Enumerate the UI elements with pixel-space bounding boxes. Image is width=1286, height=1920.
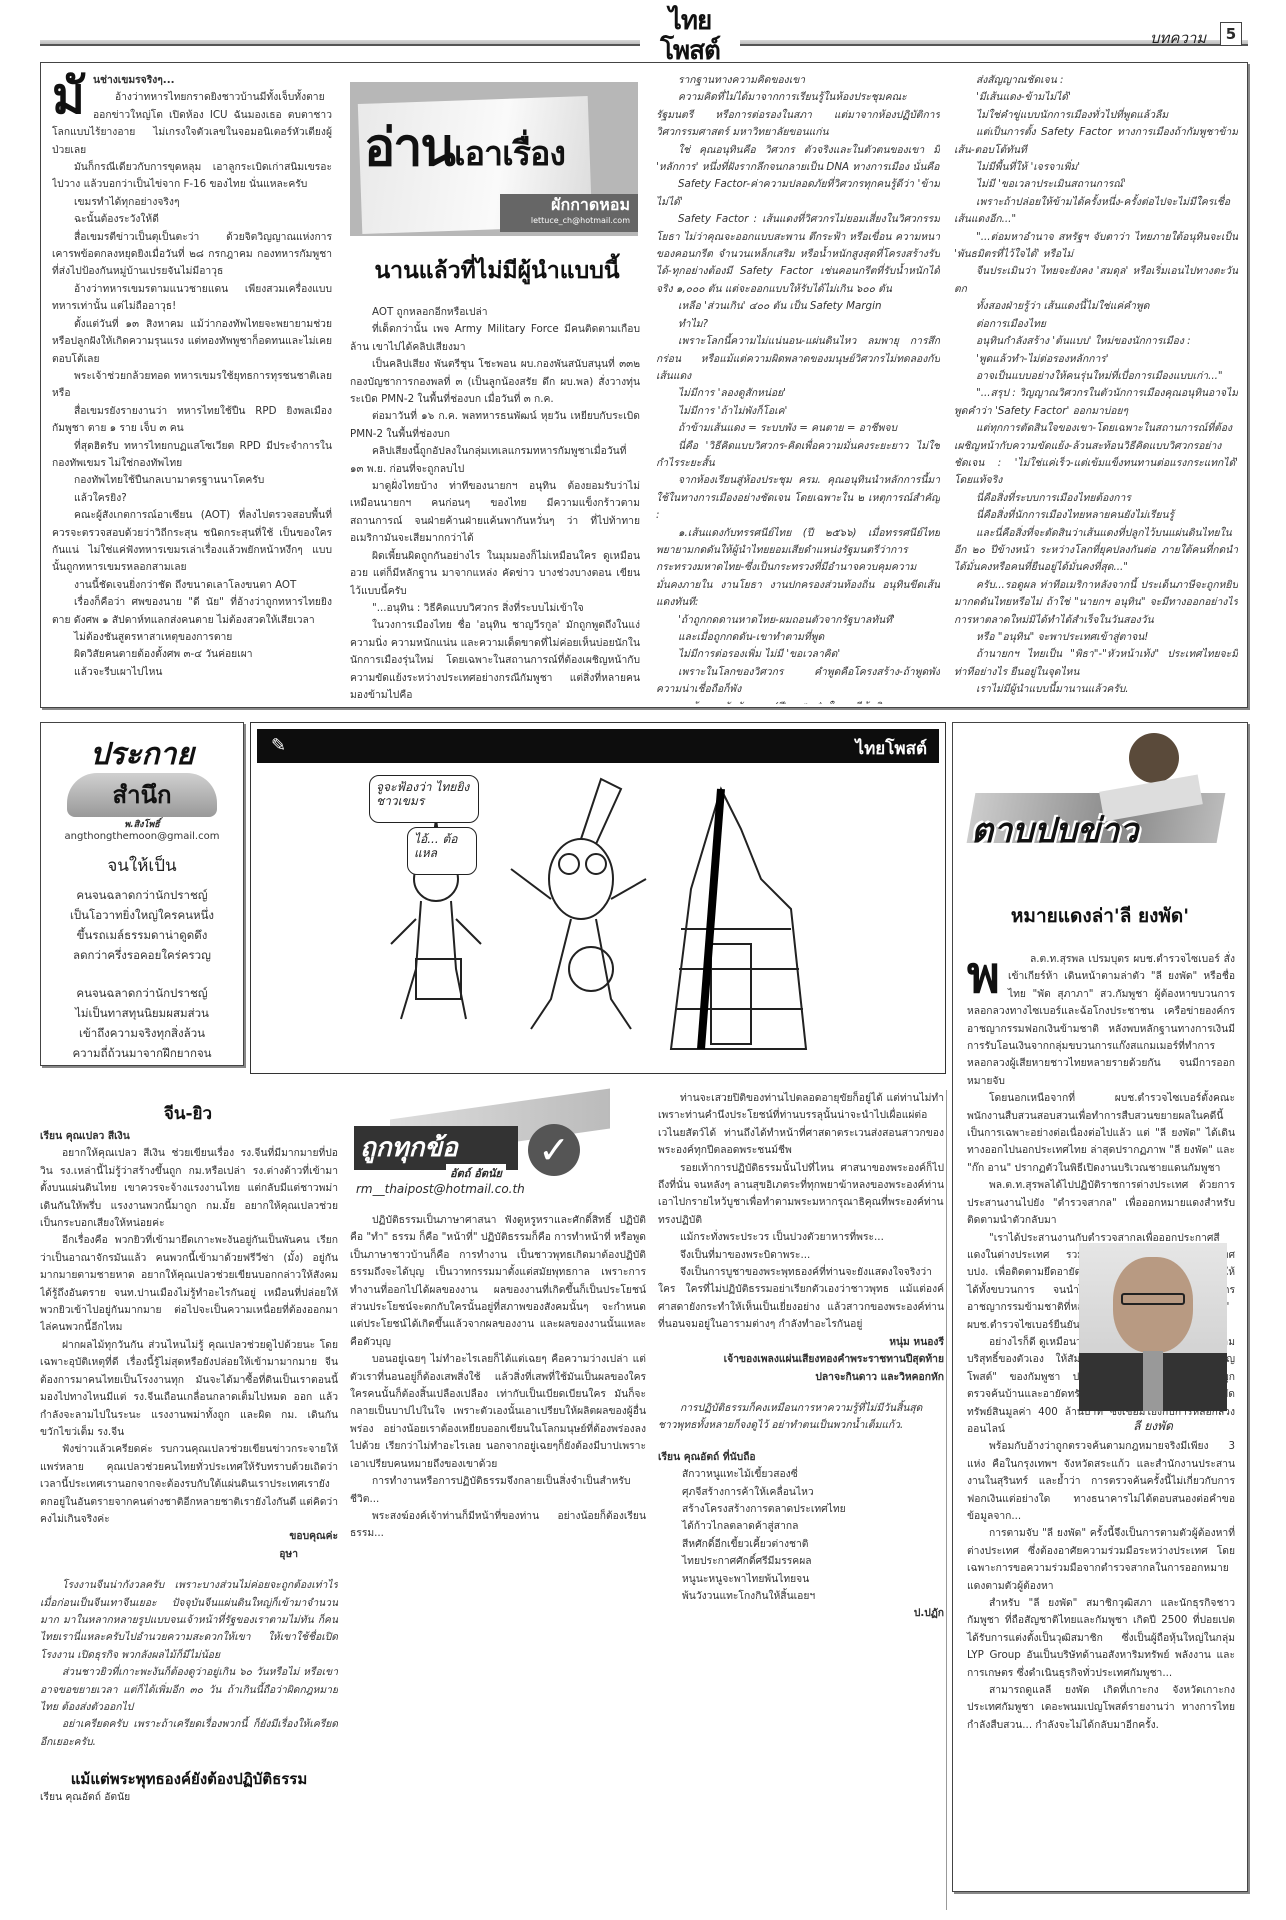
paragraph: ทำไม? (656, 316, 940, 333)
paragraph: ๒.เส้นแดงกับกัมพูชา (ปี ๒๕๖๘) ในกรณีข้อพ… (656, 699, 940, 704)
author-box: ผักกาดหอม lettuce_ch@hotmail.com (500, 194, 638, 232)
cartoon-brand: ไทยโพสต์ (856, 735, 927, 762)
poem-line: ศุภจีสร้างการค้าให้เคลื่อนไหว (682, 1484, 944, 1501)
paragraph: ถ้าข้ามเส้นแดง = ระบบพัง = คนตาย = อาชีพ… (656, 420, 940, 437)
article-column-2: AOT ถูกหลอกอีกหรือเปล่าที่เด็ดกว่านั้น เ… (350, 304, 640, 704)
logo-text: ไทยโพสต์ (640, 6, 740, 66)
poem-line: เข้าถึงความจริงทุกสิ่งล้วน (41, 1023, 243, 1043)
portrait-tie (1143, 1351, 1163, 1411)
paragraph: ในวงการเมืองไทย ชื่อ 'อนุทิน ชาญวีรกูล' … (350, 617, 640, 704)
letter-1-signer: อุษา (40, 1546, 338, 1563)
paragraph: พร้อมกับอ้างว่าถูกตรวจค้นตามกฎหมายจริงมี… (967, 1438, 1235, 1525)
column-logo-text: ตาบปบข่าว (971, 803, 1138, 857)
poem-signer: ป.ปฏัก (658, 1605, 944, 1622)
poem-logo: ประกาย สำนึก พ.สิงโพธิ์ angthongthemoon@… (41, 737, 243, 842)
tuk-column-logo: ถูกทุกข้อ ✓ อัตถ์ อัตนัย rm__thaipost@ho… (350, 1104, 650, 1198)
author-email[interactable]: lettuce_ch@hotmail.com (500, 216, 630, 226)
paragraph: โรงงานจีนน่ากังวลครับ เพราะบางส่วนไม่ค่อ… (40, 1577, 338, 1664)
paragraph: บอนอยู่เฉยๆ ไม่ทำอะไรเลยก็ได้แต่เฉยๆ คือ… (350, 1351, 646, 1473)
poem-line: ขึ้นรถเมล์ธรรมดาน่าดูดดึง (41, 925, 243, 945)
paragraph: ไม่มีการ 'ลองดูสักหน่อย' (656, 385, 940, 402)
banner-title: อ่านเอาเรื่อง (364, 120, 565, 182)
drop-cap: พ (967, 951, 1000, 999)
poem-line: คนจนฉลาดกว่านักปราชญ์ (41, 983, 243, 1003)
poem-line: ความถี่ถ้วนมาจากฝึกยากจน (41, 1043, 243, 1063)
paragraph: 'ถ้าถูกกดดานหาดไทย-ผมถอนตัวจากรัฐบาลทันท… (656, 612, 940, 629)
letters-column: เรียน คุณเปลว สีเงิน อยากให้คุณเปลว สีเง… (40, 1128, 338, 1920)
reader-figure (1129, 733, 1179, 783)
poem-email[interactable]: angthongthemoon@gmail.com (41, 831, 243, 842)
paragraph: ท่านจะเสวยปิติของท่านไปตลอดอายุขัยก็อยู่… (658, 1090, 944, 1160)
poem-line: เป็นโอวาทยิ่งใหญ่ใครคนหนึ่ง (41, 905, 243, 925)
author-name: ผักกาดหอม (500, 194, 630, 216)
poem-logo-script: ประกาย (41, 737, 243, 773)
paragraph: "...ต่อมหาอำนาจ สหรัฐฯ จับตาว่า ไทยภายใต… (954, 229, 1238, 264)
paragraph: AOT ถูกหลอกอีกหรือเปล่า (350, 304, 640, 321)
paragraph: เพราะโลกนี้ความไม่แน่นอน-แผ่นดินไหว ลมพา… (656, 333, 940, 385)
paragraph: จากห้องเรียนสู่ห้องประชุม ครม. คุณอนุทิน… (656, 472, 940, 524)
paragraph: ล.ต.ท.สุรพล เปรมบุตร ผบช.ตำรวจไซเบอร์ สั… (967, 951, 1235, 1090)
paragraph: ความคิดที่ไม่ได้มาจากการเรียนรู้ในห้องปร… (656, 89, 940, 141)
paragraph: จึงเป็นการบูชาของพระพุทธองค์ที่ท่านจะยัง… (658, 1264, 944, 1334)
portrait-photo (1079, 1243, 1227, 1411)
paragraph: ต่อมาวันที่ ๑๖ ก.ค. พลทหารธนพัฒน์ หุยวัน… (350, 408, 640, 443)
paragraph: แล้วจะรีบเผาไปไหน (52, 664, 332, 681)
poem-line: ลดกว่าครึ่งรอคอยใคร่ครวญ (41, 945, 243, 965)
paragraph: ไม่มีการ 'ถ้าไม่พังก็โอเค' (656, 403, 940, 420)
paragraph: มันก็กรณีเดียวกับการขุดหลุม เอาลูกระเบิด… (52, 159, 332, 194)
signer-title: เจ้าของเพลงแผ่นเสียงทองคำพระราชทานปีสุดท… (658, 1351, 944, 1368)
paragraph: ถ้านายกฯ ไทยเป็น "พิธา"-"หัวหน้าเท้ง" ปร… (954, 646, 1238, 681)
poem-line: ไม่เป็นทาสทุนนิยมผสมส่วน (41, 1003, 243, 1023)
paragraph: โดยนอกเหนือจากที่ ผบช.ตำรวจไซเบอร์ตั้งคณ… (967, 1090, 1235, 1177)
paragraph: ครับ...รอดูผล ท่าทีอเมริกาหลังจากนี้ ประ… (954, 577, 1238, 629)
editor-reply: การปฏิบัติธรรมก็คงเหมือนการหาความรู้ที่ไ… (658, 1400, 944, 1435)
tuk-column-body: ปฏิบัติธรรมเป็นภาษาศาสนา ฟังดูหรูหราและศ… (350, 1212, 646, 1918)
letter-1-body: อยากให้คุณเปลว สีเงิน ช่วยเขียนเรื่อง รง… (40, 1145, 338, 1528)
column-headline: หมายแดงล่า'ลี ยงพัด' (953, 903, 1247, 929)
paragraph: อีกเรื่องคือ พวกยิวที่เข้ามายึดเกาะพะงัน… (40, 1232, 338, 1336)
article-column-1: มั นช่างเขมรจริงๆ... อ้างว่าทหารไทยกราดย… (52, 72, 332, 702)
poem-line: หนูนะหนูจะพาไทยพ้นไทยจน (682, 1571, 944, 1588)
drop-cap: มั (52, 72, 85, 120)
poem-line: ไทยประกาศศักดิ์ศรีมีมรรคผล (682, 1553, 944, 1570)
paragraph: นี่คือ 'วิธีคิดแบบวิศวกร-คิดเพื่อความมั่… (656, 438, 940, 473)
paragraph: ปฏิบัติธรรมเป็นภาษาศาสนา ฟังดูหรูหราและศ… (350, 1212, 646, 1351)
poem-line: สีหศักดิ์อีกเขี้ยวเคี้ยวต่างชาติ (682, 1536, 944, 1553)
paragraph: อ้างว่าทหารเขมรตามแนวชายแดน เพียงสวมเครื… (52, 281, 332, 316)
column-banner: อ่านเอาเรื่อง ผักกาดหอม lettuce_ch@hotma… (350, 82, 638, 236)
poem-byline: พ.สิงโพธิ์ (41, 817, 243, 831)
paragraph: ทั้งสองฝ่ายรู้ว่า เส้นแดงนี้ไม่ใช่แค่คำพ… (954, 298, 1238, 315)
paragraph: ตั้งแต่วันที่ ๑๓ สิงหาคม แม้ว่ากองทัพไทย… (52, 316, 332, 368)
paragraph: อย่าเครียดครับ เพราะถ้าเครียดเรื่องพวกนี… (40, 1716, 338, 1751)
paragraph: มาดูฝั่งไทยบ้าง ท่าทีของนายกฯ อนุทิน ต้อ… (350, 478, 640, 548)
paragraph: งานนี้ชัดเจนยิ่งกว่าชัด ถึงขนาดเลาโลงขนต… (52, 577, 332, 594)
paragraph: การทำงานหรือการปฏิบัติธรรมจึงกลายเป็นสิ่… (350, 1473, 646, 1508)
letter-1-signoff: ขอบคุณค่ะ (40, 1528, 338, 1545)
paragraph: ไม่ต้องชันสูตรหาสาเหตุของการตาย (52, 629, 332, 646)
paragraph: แต่เป็นการตั้ง Safety Factor ทางการเมือง… (954, 124, 1238, 159)
column-1-paragraphs: อ้างว่าทหารไทยกราดยิงชาวบ้านมีทั้งเจ็บทั… (52, 89, 332, 681)
paragraph: ใช่ คุณอนุทินคือ วิศวกร ตัวจริงและในตัวต… (656, 142, 940, 177)
paragraph: ฉะนั้นต้องระวังให้ดี (52, 211, 332, 228)
tuk-email[interactable]: rm__thaipost@hotmail.co.th (356, 1182, 525, 1196)
paragraph: เพราะถ้าปล่อยให้ข้ามได้ครั้งหนึ่ง-ครั้งต… (954, 194, 1238, 229)
paragraph: แม้กระทั่งพระประวร เป็นปวงตัวยาหารที่พระ… (658, 1229, 944, 1246)
paragraph: Safety Factor : เส้นแดงที่วิศวกรไม่ยอมเส… (656, 211, 940, 298)
paragraph: ส่งสัญญาณชัดเจน : (954, 72, 1238, 89)
paragraph: ไม่มีพื้นที่ให้ 'เจรจาเพิ่ม' (954, 159, 1238, 176)
paragraph: ๑.เส้นแดงกับทรรศนีย์ไทย (ปี ๒๕๖๖) เมื่อท… (656, 525, 940, 612)
paragraph: ไม่ใช่คำขู่แบบนักการเมืองทั่วไปที่พูดแล้… (954, 107, 1238, 124)
paragraph: "...อนุทิน : วิธีคิดแบบวิศวกร สิ่งที่ระบ… (350, 600, 640, 617)
paragraph: คลิปเสียงนี้ถูกอัปลงในกลุ่มเทเลแกรมทหารก… (350, 443, 640, 478)
poem-salutation: เรียน คุณอัตถ์ ที่นับถือ (658, 1449, 944, 1466)
paragraph: และนี่คือสิ่งที่จะตัดสินว่าเส้นแดงที่ปลู… (954, 525, 1238, 577)
continued-paragraphs: ท่านจะเสวยปิติของท่านไปตลอดอายุขัยก็อยู่… (658, 1090, 944, 1334)
paragraph: ผิดเพี้ยนผิดถูกกันอย่างไร ในมุมมองก็ไม่เ… (350, 548, 640, 600)
paragraph: กองทัพไทยใช้ปืนกลเบามาตรฐานนาโตครับ (52, 472, 332, 489)
photo-caption: ลี ยงพัด (1079, 1417, 1227, 1436)
paragraph: พระสงฆ์องค์เจ้าท่านก็มีหน้าที่ของท่าน อย… (350, 1508, 646, 1543)
letter-1-reply: โรงงานจีนน่ากังวลครับ เพราะบางส่วนไม่ค่อ… (40, 1577, 338, 1751)
thought-bubble-2: ไอ้... ต้อแหล (407, 827, 477, 875)
lead-text: นช่างเขมรจริงๆ... (52, 72, 332, 89)
poem-line: ได้ก้าวไกลตลาดค้าสู่สากล (682, 1518, 944, 1535)
paragraph: พระเจ้าช่วยกล้วยทอด ทหารเขมรใช้ยุทธการทุ… (52, 368, 332, 403)
paragraph: ไม่มีการต่อรองเพิ่ม ไม่มี 'ขอเวลาคิด' (656, 646, 940, 663)
portrait-face (1113, 1257, 1193, 1353)
letter-2-title: แม้แต่พระพุทธองค์ยังต้องปฏิบัติธรรม (40, 1771, 338, 1788)
paragraph: ที่สุดฮิตรับ ทหารไทยกบฏแสโซเวียต RPD มีป… (52, 438, 332, 473)
scroll-graphic: สำนึก (67, 773, 217, 817)
paragraph: แล้วใครยิง? (52, 490, 332, 507)
paragraph: ผิดวิสัยคนตายต้องตั้งศพ ๓-๔ วันค่อยเผา (52, 646, 332, 663)
paragraph: จึงเป็นที่มาของพระบิดาพระ... (658, 1247, 944, 1264)
page-number: 5 (1220, 22, 1242, 46)
poem-title: จนให้เป็น (41, 852, 243, 879)
poem-box: ประกาย สำนึก พ.สิงโพธิ์ angthongthemoon@… (40, 722, 244, 1066)
poem-line: สักวาหนูแทะไม้เขี้ยวสองซี่ (682, 1466, 944, 1483)
article-headline: นานแล้วที่ไม่มีผู้นำแบบนี้ (352, 256, 642, 286)
paragraph: เพราะในโลกของวิศวกร คำพูดคือโครงสร้าง-ถ้… (656, 664, 940, 699)
reader-poem: สักวาหนูแทะไม้เขี้ยวสองซี่ศุภจีสร้างการค… (658, 1466, 944, 1605)
portrait-glasses (1121, 1293, 1185, 1305)
paragraph: Safety Factor-ค่าความปลอดภัยที่วิศวกรทุก… (656, 176, 940, 211)
poem-line: คนจนฉลาดกว่านักปราชญ์ (41, 885, 243, 905)
section-label: บทความ (1150, 26, 1206, 50)
paragraph: นี่คือสิ่งที่นักการเมืองไทยหลายคนยังไม่เ… (954, 507, 1238, 524)
letter-1-title: จีน-ยิว (40, 1100, 336, 1127)
paragraph: นี่คือสิ่งที่ระบบการเมืองไทยต้องการ (954, 490, 1238, 507)
paragraph: ต่อการเมืองไทย (954, 316, 1238, 333)
signer-name: หนุ่ม หนองรี (658, 1334, 944, 1351)
newspaper-logo: ไทยโพสต์ อิสรภาพแห่งความคิด (640, 6, 740, 50)
article-column-3: รากฐานทางความคิดของเขาความคิดที่ไม่ได้มา… (656, 72, 940, 704)
poem-logo-word: สำนึก (67, 773, 217, 817)
paragraph: ฟังข่าวแล้วเครียดค่ะ รบกวนคุณเปลวช่วยเขี… (40, 1441, 338, 1528)
tuk-byline: อัตถ์ อัตนัย (446, 1164, 506, 1182)
paragraph: สามารถดูแลลี ยงพัด เกิดที่เกาะกง จังหวัด… (967, 1682, 1235, 1734)
paragraph: เขมรทำได้ทุกอย่างจริงๆ (52, 194, 332, 211)
paragraph: เป็นคลิปเสียง พันตรีชุน โชะพอน ผบ.กองพัน… (350, 356, 640, 408)
paragraph: อนุทินกำลังสร้าง 'ต้นแบบ' ใหม่ของนักการเ… (954, 333, 1238, 350)
tuk-column-continued: ท่านจะเสวยปิติของท่านไปตลอดอายุขัยก็อยู่… (658, 1090, 944, 1920)
cartoon-mascot-icon: ✎ (271, 735, 286, 756)
signer-works: ปลาจะกินดาว และวิหคอกหัก (658, 1369, 944, 1386)
poem-line: พ้นวังวนแทะโกงกินให้สิ้นเอยฯ (682, 1588, 944, 1605)
paragraph: จีนประเมินว่า ไทยจะยังคง 'สมดุล' หรือเริ… (954, 263, 1238, 298)
paragraph: สำหรับ "ลี ยงพัด" สมาชิกวุฒิสภา และนักธุ… (967, 1595, 1235, 1682)
paragraph: เรื่องก็คือว่า ศพของนาย "ดี นัย" ที่อ้าง… (52, 594, 332, 629)
paragraph: การตามจับ "ลี ยงพัด" ครั้งนี้จึงเป็นการต… (967, 1525, 1235, 1595)
news-column-box: ตาบปบข่าว หมายแดงล่า'ลี ยงพัด' พ ล.ต.ท.ส… (952, 722, 1248, 1892)
column-divider (946, 1090, 947, 1910)
paragraph: 'มีเส้นแดง-ข้ามไม่ได้' (954, 89, 1238, 106)
paragraph: อยากให้คุณเปลว สีเงิน ช่วยเขียนเรื่อง รง… (40, 1145, 338, 1232)
checkmark-icon: ✓ (528, 1124, 580, 1176)
paragraph: 'พูดแล้วทำ-ไม่ต่อรองหลักการ' (954, 351, 1238, 368)
poem-line: สร้างโครงสร้างการตลาดประเทศไทย (682, 1501, 944, 1518)
speech-bubble-1: จูจะฟ้องว่า ไทยยิงชาวเขมร (369, 775, 479, 823)
paragraph: "...สรุป : วิญญาณวิศวกรในตัวนักการเมืองค… (954, 385, 1238, 420)
paragraph: พล.ต.ท.สุรพลได้ไปปฏิบัติราชการต่างประเทศ… (967, 1177, 1235, 1229)
paragraph: ที่เด็ดกว่านั้น เพจ Army Military Force … (350, 321, 640, 356)
paragraph: เหลือ 'ส่วนเกิน' ๔๐๐ ตัน เป็น Safety Mar… (656, 298, 940, 315)
paragraph: สื่อเขมรยังรายงานว่า ทหารไทยใช้ปืน RPD ย… (52, 403, 332, 438)
article-column-4: ส่งสัญญาณชัดเจน :'มีเส้นแดง-ข้ามไม่ได้'ไ… (954, 72, 1238, 704)
paragraph: ไม่มี 'ขอเวลาประเมินสถานการณ์' (954, 176, 1238, 193)
letter-1-salutation: เรียน คุณเปลว สีเงิน (40, 1128, 338, 1145)
editorial-cartoon: ✎ ไทยโพสต์ จูจะฟ้องว่า ไทยยิงชาวเขมร ไอ้… (250, 722, 946, 1074)
cartoon-illustration (251, 769, 947, 1069)
paragraph: สื่อเขมรตีข่าวเป็นตุเป็นตะว่า ด้วยจิตวิญ… (52, 229, 332, 281)
paragraph: แต่ทุกการตัดสินใจของเขา-โดยเฉพาะในสถานกา… (954, 420, 1238, 490)
paragraph: หรือ "อนุทิน" จะพาประเทศเข้าสู่ตาจน! (954, 629, 1238, 646)
paragraph: รากฐานทางความคิดของเขา (656, 72, 940, 89)
poem-stanza-2: คนจนฉลาดกว่านักปราชญ์ไม่เป็นทาสทุนนิยมผส… (41, 983, 243, 1063)
paragraph: อาจเป็นแบบอย่างให้คนรุ่นใหม่ที่เบื่อการเ… (954, 368, 1238, 385)
letter-2-salutation: เรียน คุณอัตถ์ อัตนัย (40, 1789, 338, 1806)
paragraph: เราไม่มีผู้นำแบบนี้มานานแล้วครับ. (954, 681, 1238, 698)
paragraph: อ้างว่าทหารไทยกราดยิงชาวบ้านมีทั้งเจ็บทั… (52, 89, 332, 159)
cartoon-header-bar: ✎ ไทยโพสต์ (257, 729, 939, 763)
paragraph: รอยเท้าการปฏิบัติธรรมนั้นไปที่ไหน ศาสนาข… (658, 1160, 944, 1230)
paragraph: และเมื่อถูกกดดัน-เขาทำตามที่พูด (656, 629, 940, 646)
paragraph: ฝากผลไม้ทุกวันกัน ส่วนไหนไม่รู้ คุณเปลวช… (40, 1337, 338, 1441)
poem-stanza-1: คนจนฉลาดกว่านักปราชญ์เป็นโอวาทยิ่งใหญ่ใค… (41, 885, 243, 965)
paragraph: คณะผู้สังเกตการณ์อาเซียน (AOT) ที่ลงไปตร… (52, 507, 332, 577)
paragraph: ส่วนชาวยิวที่เกาะพะงันก็ต้องดูว่าอยู่เกิ… (40, 1664, 338, 1716)
column-logo: ตาบปบข่าว (961, 733, 1239, 863)
